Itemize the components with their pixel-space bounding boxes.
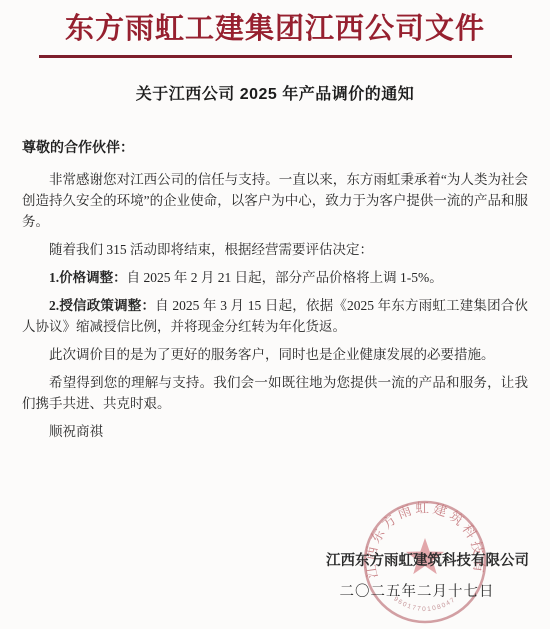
notice-item-price-label: 1.价格调整： [49, 270, 127, 285]
header-divider [39, 55, 512, 58]
document-title: 关于江西公司 2025 年产品调价的通知 [0, 85, 550, 104]
document-page: 东方雨虹工建集团江西公司文件 关于江西公司 2025 年产品调价的通知 尊敬的合… [0, 0, 550, 629]
lead-in-paragraph: 随着我们 315 活动即将结束，根据经营需要评估决定： [22, 239, 528, 260]
notice-item-credit: 2.授信政策调整：自 2025 年 3 月 15 日起，依据《2025 年东方雨… [22, 295, 528, 337]
notice-item-price: 1.价格调整：自 2025 年 2 月 21 日起，部分产品价格将上调 1-5%… [22, 267, 528, 288]
signature-date: 二〇二五年二月十七日 [333, 580, 501, 601]
document-body: 尊敬的合作伙伴： 非常感谢您对江西公司的信任与支持。一直以来，东方雨虹秉承着“为… [22, 137, 528, 442]
notice-item-price-text: 自 2025 年 2 月 21 日起，部分产品价格将上调 1-5%。 [127, 270, 443, 285]
intro-paragraph: 非常感谢您对江西公司的信任与支持。一直以来，东方雨虹秉承着“为人类为社会创造持久… [22, 169, 528, 232]
signature-company: 江西东方雨虹建筑科技有限公司 [320, 549, 535, 570]
hope-paragraph: 希望得到您的理解与支持。我们会一如既往地为您提供一流的产品和服务，让我们携手共进… [22, 372, 528, 414]
document-header-title: 东方雨虹工建集团江西公司文件 [0, 0, 550, 46]
salutation: 尊敬的合作伙伴： [22, 137, 528, 158]
purpose-paragraph: 此次调价目的是为了更好的服务客户，同时也是企业健康发展的必要措施。 [22, 344, 528, 365]
closing-phrase: 顺祝商祺 [22, 421, 528, 442]
notice-item-credit-label: 2.授信政策调整： [49, 298, 155, 313]
